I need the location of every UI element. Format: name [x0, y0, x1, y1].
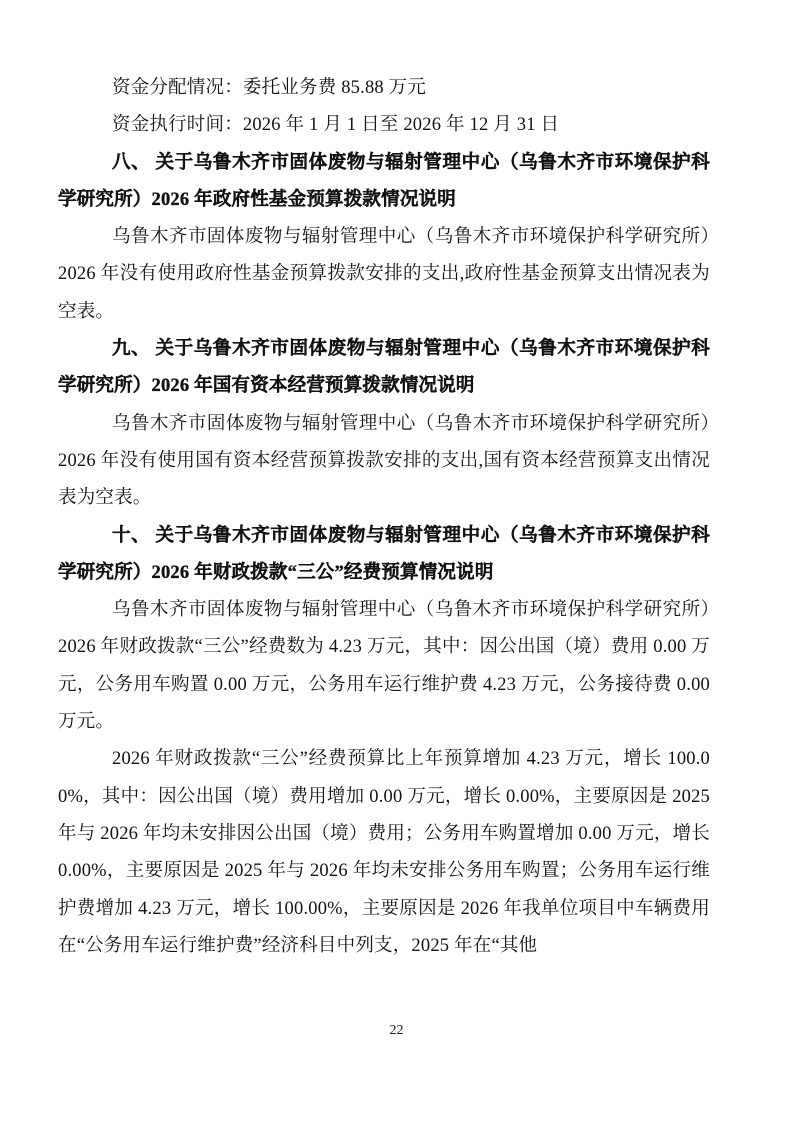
page-number: 22 — [0, 1022, 793, 1040]
paragraph-state-capital-budget-empty: 乌鲁木齐市固体废物与辐射管理中心（乌鲁木齐市环境保护科学研究所）2026 年没有… — [58, 406, 710, 518]
paragraph-three-public-expenses-amounts: 乌鲁木齐市固体废物与辐射管理中心（乌鲁木齐市环境保护科学研究所）2026 年财政… — [58, 592, 710, 741]
section-heading-9-state-capital-budget: 九、 关于乌鲁木齐市固体废物与辐射管理中心（乌鲁木齐市环境保护科学研究所）202… — [58, 331, 710, 406]
section-heading-8-government-fund-budget: 八、 关于乌鲁木齐市固体废物与辐射管理中心（乌鲁木齐市环境保护科学研究所）202… — [58, 145, 710, 220]
paragraph-government-fund-budget-empty: 乌鲁木齐市固体废物与辐射管理中心（乌鲁木齐市环境保护科学研究所）2026 年没有… — [58, 219, 710, 331]
funds-execution-period-line: 资金执行时间：2026 年 1 月 1 日至 2026 年 12 月 31 日 — [58, 107, 710, 144]
document-page: 资金分配情况：委托业务费 85.88 万元 资金执行时间：2026 年 1 月 … — [0, 0, 793, 1122]
paragraph-three-public-expenses-comparison: 2026 年财政拨款“三公”经费预算比上年预算增加 4.23 万元，增长 100… — [58, 741, 710, 965]
section-heading-10-three-public-expenses: 十、 关于乌鲁木齐市固体废物与辐射管理中心（乌鲁木齐市环境保护科学研究所）202… — [58, 518, 710, 593]
funds-allocation-line: 资金分配情况：委托业务费 85.88 万元 — [58, 70, 710, 107]
document-body: 资金分配情况：委托业务费 85.88 万元 资金执行时间：2026 年 1 月 … — [58, 70, 710, 965]
